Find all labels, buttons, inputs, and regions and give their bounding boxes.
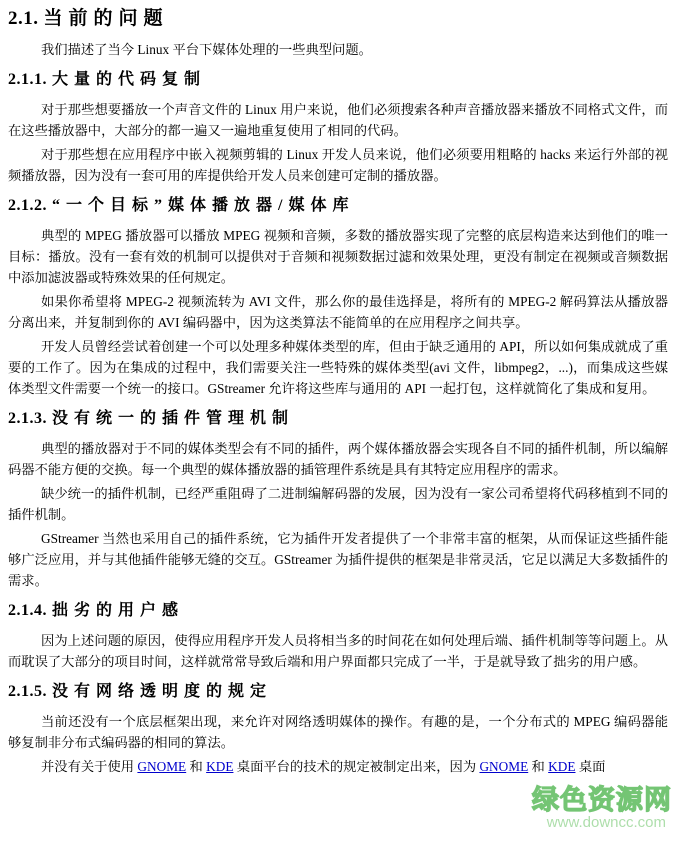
section-heading-2-1: 2.1.当前的问题 — [8, 7, 668, 31]
paragraph: 我们描述了当今 Linux 平台下媒体处理的一些典型问题。 — [8, 39, 668, 60]
paragraph: 对于那些想要播放一个声音文件的 Linux 用户来说，他们必须搜索各种声音播放器… — [8, 99, 668, 141]
text-run: 桌面平台的技术的规定被制定出来，因为 — [233, 759, 479, 774]
heading-text: “一个目标”媒体播放器/媒体库 — [52, 197, 354, 214]
section-heading-2-1-5: 2.1.5.没有网络透明度的规定 — [8, 681, 668, 703]
paragraph: 典型的 MPEG 播放器可以播放 MPEG 视频和音频，多数的播放器实现了完整的… — [8, 225, 668, 288]
watermark-site-url: www.downcc.com — [547, 814, 666, 832]
paragraph: 开发人员曾经尝试着创建一个可以处理多种媒体类型的库，但由于缺乏通用的 API，所… — [8, 336, 668, 399]
watermark: 绿色资源网 www.downcc.com — [532, 786, 672, 832]
paragraph-with-links: 并没有关于使用 GNOME 和 KDE 桌面平台的技术的规定被制定出来，因为 G… — [8, 756, 668, 777]
heading-text: 没有统一的插件管理机制 — [52, 410, 294, 427]
heading-number: 2.1. — [8, 8, 39, 29]
heading-number: 2.1.1. — [8, 71, 47, 88]
heading-text: 拙劣的用户感 — [52, 602, 184, 619]
text-run: 和 — [186, 759, 206, 774]
section-heading-2-1-3: 2.1.3.没有统一的插件管理机制 — [8, 408, 668, 430]
paragraph: 典型的播放器对于不同的媒体类型会有不同的插件，两个媒体播放器会实现各自不同的插件… — [8, 438, 668, 480]
paragraph: GStreamer 当然也采用自己的插件系统，它为插件开发者提供了一个非常丰富的… — [8, 528, 668, 591]
paragraph: 对于那些想在应用程序中嵌入视频剪辑的 Linux 开发人员来说，他们必须要用粗略… — [8, 144, 668, 186]
document-page: 2.1.当前的问题 我们描述了当今 Linux 平台下媒体处理的一些典型问题。 … — [0, 0, 676, 848]
paragraph: 如果你希望将 MPEG-2 视频流转为 AVI 文件，那么你的最佳选择是，将所有… — [8, 291, 668, 333]
gnome-link-1[interactable]: GNOME — [137, 759, 186, 774]
section-heading-2-1-2: 2.1.2.“一个目标”媒体播放器/媒体库 — [8, 195, 668, 217]
heading-text: 当前的问题 — [44, 8, 169, 29]
heading-number: 2.1.5. — [8, 683, 47, 700]
text-run: 和 — [528, 759, 548, 774]
heading-number: 2.1.3. — [8, 410, 47, 427]
watermark-site-name: 绿色资源网 — [532, 786, 672, 814]
text-run: 桌面 — [576, 759, 606, 774]
gnome-link-2[interactable]: GNOME — [479, 759, 528, 774]
kde-link-2[interactable]: KDE — [548, 759, 575, 774]
paragraph: 当前还没有一个底层框架出现，来允许对网络透明媒体的操作。有趣的是，一个分布式的 … — [8, 711, 668, 753]
heading-text: 大量的代码复制 — [52, 71, 206, 88]
text-run: 并没有关于使用 — [41, 759, 137, 774]
paragraph: 因为上述问题的原因，使得应用程序开发人员将相当多的时间花在如何处理后端、插件机制… — [8, 630, 668, 672]
heading-text: 没有网络透明度的规定 — [52, 683, 272, 700]
section-heading-2-1-1: 2.1.1.大量的代码复制 — [8, 69, 668, 91]
kde-link-1[interactable]: KDE — [206, 759, 233, 774]
heading-number: 2.1.2. — [8, 197, 47, 214]
heading-number: 2.1.4. — [8, 602, 47, 619]
section-heading-2-1-4: 2.1.4.拙劣的用户感 — [8, 600, 668, 622]
paragraph: 缺少统一的插件机制，已经严重阻碍了二进制编解码器的发展，因为没有一家公司希望将代… — [8, 483, 668, 525]
